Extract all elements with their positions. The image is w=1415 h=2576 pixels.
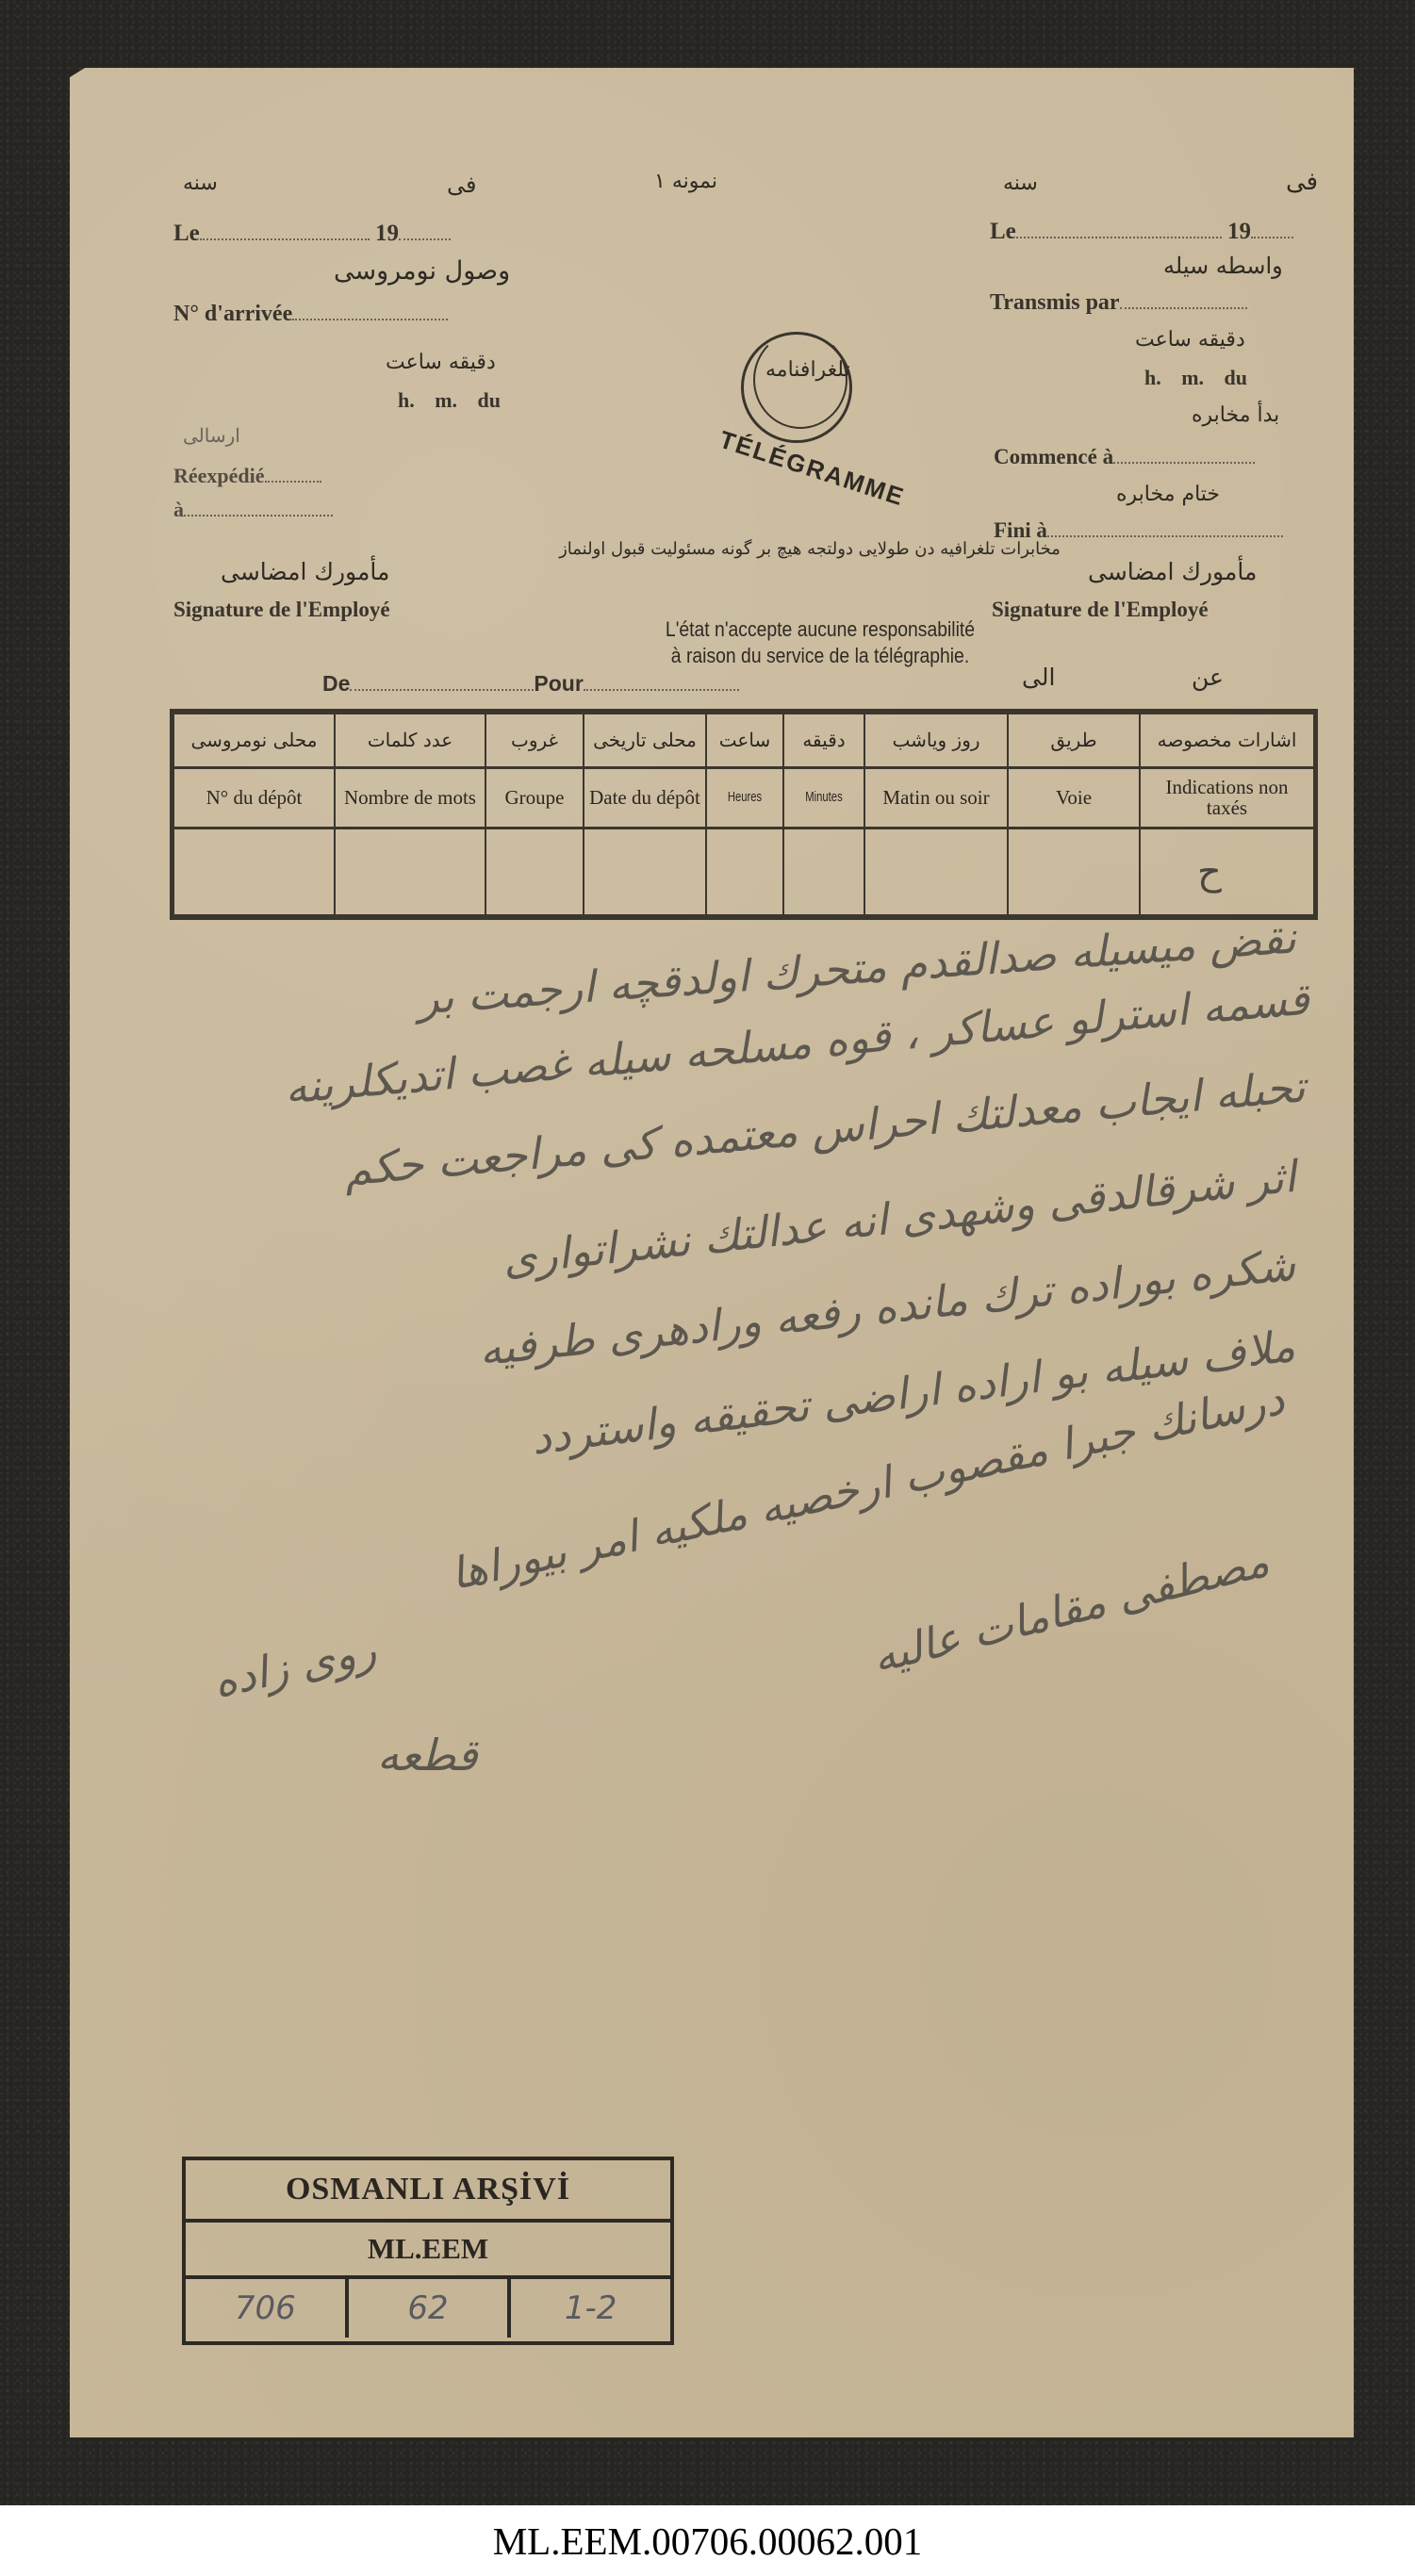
- a-row: à: [173, 498, 333, 522]
- arrival-no-field[interactable]: [292, 319, 448, 320]
- col-fr-5: Minutes: [794, 767, 855, 828]
- col-ar-7: طريق: [1008, 714, 1140, 767]
- col-ar-2: غروب: [485, 714, 584, 767]
- time-fr-right: h. m. du: [1144, 366, 1247, 390]
- cell-4[interactable]: [706, 828, 783, 914]
- disclaimer: L'état n'accepte aucune responsabilité à…: [613, 616, 1028, 669]
- disclaimer-line-2: à raison du service de la télégraphie.: [613, 643, 1028, 669]
- col-ar-1: عدد كلمات: [335, 714, 485, 767]
- cell-2[interactable]: [485, 828, 584, 914]
- year-field-right: [1251, 237, 1293, 238]
- archive-numbers: 706 62 1-2: [186, 2279, 670, 2338]
- from-label: De: [322, 671, 350, 696]
- archive-page: 1-2: [507, 2279, 670, 2338]
- date-field-right[interactable]: [1016, 237, 1222, 238]
- fini-row: Fini à: [994, 518, 1283, 543]
- col-fr-4: Heures: [716, 767, 774, 828]
- archive-title: OSMANLI ARŞİVİ: [186, 2160, 670, 2223]
- commence-field[interactable]: [1113, 462, 1255, 464]
- cell-3[interactable]: [584, 828, 706, 914]
- col-fr-3: Date du dépôt: [584, 767, 706, 828]
- from-field[interactable]: [350, 689, 534, 691]
- cell-5[interactable]: [783, 828, 864, 914]
- year-label-left: سنه: [183, 172, 218, 195]
- a-field[interactable]: [184, 515, 333, 517]
- cell-0[interactable]: [174, 828, 335, 914]
- reexpedie-field[interactable]: [265, 481, 321, 483]
- archive-stamp: OSMANLI ARŞİVİ ML.EEM 706 62 1-2: [182, 2157, 674, 2345]
- fini-ar: ختام مخابره: [1116, 483, 1220, 506]
- archive-box: 706: [186, 2279, 345, 2338]
- col-fr-7: Voie: [1008, 767, 1140, 828]
- crescent-icon: [741, 332, 852, 443]
- time-fr-left: h. m. du: [398, 388, 501, 413]
- date-label-right: Le: [990, 219, 1016, 244]
- fini-field[interactable]: [1047, 535, 1283, 537]
- disclaimer-line-1: L'état n'accepte aucune responsabilité: [613, 616, 1028, 643]
- transmis-label: Transmis par: [990, 290, 1120, 315]
- reexpedie-ar: ارسالى: [183, 424, 240, 447]
- table-header-fr: N° du dépôt Nombre de mots Groupe Date d…: [174, 767, 1313, 828]
- col-fr-8: Indications non taxés: [1140, 767, 1313, 828]
- col-fr-6: Matin ou soir: [864, 767, 1008, 828]
- col-fr-0: N° du dépôt: [174, 767, 335, 828]
- to-ar: الى: [1022, 664, 1055, 691]
- table-header-ar: محلى نومروسى عدد كلمات غروب محلى تاريخى …: [174, 714, 1313, 767]
- commence-ar: بدأ مخابره: [1192, 403, 1279, 427]
- col-fr-2: Groupe: [485, 767, 584, 828]
- arrival-no-row: N° d'arrivée: [173, 302, 448, 327]
- col-ar-3: محلى تاريخى: [584, 714, 706, 767]
- col-ar-0: محلى نومروسى: [174, 714, 335, 767]
- signature-label-left: Signature de l'Employé: [173, 598, 390, 622]
- cell-1[interactable]: [335, 828, 485, 914]
- col-ar-6: روز وياشب: [864, 714, 1008, 767]
- reexpedie-row: Réexpédié: [173, 464, 321, 488]
- table-row: ح: [174, 828, 1313, 914]
- day-label-right: فى: [1286, 168, 1318, 196]
- cell-7[interactable]: [1008, 828, 1140, 914]
- commence-row: Commencé à: [994, 445, 1255, 469]
- date-row-left: Le 19: [173, 221, 451, 247]
- deposit-table: محلى نومروسى عدد كلمات غروب محلى تاريخى …: [170, 709, 1318, 920]
- to-field[interactable]: [584, 689, 739, 691]
- tughra-text: تلغرافنامه: [765, 358, 850, 382]
- arrival-no-ar: وصول نومروسى: [334, 256, 510, 286]
- time-ar-right: دقيقه ساعت: [1135, 328, 1245, 352]
- signature-ar-left: مأمورك امضاسى: [221, 558, 389, 585]
- signature-ar-right: مأمورك امضاسى: [1088, 558, 1257, 585]
- telegramme-emblem: تلغرافنامه TÉLÉGRAMME: [720, 332, 928, 473]
- reexpedie-label: Réexpédié: [173, 464, 265, 487]
- to-label: Pour: [534, 671, 583, 696]
- date-label-left: Le: [173, 221, 200, 246]
- archive-fund: ML.EEM: [186, 2223, 670, 2279]
- from-ar: عن: [1192, 664, 1224, 691]
- transmis-row: Transmis par: [990, 290, 1247, 316]
- signature-label-right: Signature de l'Employé: [992, 598, 1209, 622]
- arrival-no-label: N° d'arrivée: [173, 302, 292, 326]
- route-row: DePour: [322, 671, 739, 697]
- document-id-caption: ML.EEM.00706.00062.001: [0, 2519, 1415, 2564]
- via-ar: واسطه سيله: [1163, 253, 1283, 279]
- transmis-field[interactable]: [1120, 307, 1247, 309]
- cell-8[interactable]: ح: [1140, 828, 1313, 914]
- date-row-right: Le 19: [990, 219, 1293, 245]
- col-fr-1: Nombre de mots: [335, 767, 485, 828]
- year-field-left: [399, 238, 451, 240]
- time-ar-left: دقيقه ساعت: [386, 351, 496, 374]
- commence-label: Commencé à: [994, 445, 1113, 468]
- col-ar-8: اشارات مخصوصه: [1140, 714, 1313, 767]
- century-right: 19: [1227, 219, 1251, 244]
- fini-label: Fini à: [994, 518, 1047, 542]
- archive-file: 62: [345, 2279, 508, 2338]
- col-ar-4: ساعت: [706, 714, 783, 767]
- form-number: نمونه ١: [654, 170, 717, 193]
- cell-6[interactable]: [864, 828, 1008, 914]
- year-label-right: سنه: [1003, 172, 1038, 195]
- a-label: à: [173, 498, 184, 521]
- handwritten-signature-place: قطعه: [377, 1730, 478, 1780]
- day-label-left: فى: [447, 172, 476, 198]
- century-left: 19: [375, 221, 399, 246]
- col-ar-5: دقيقه: [783, 714, 864, 767]
- date-field-left[interactable]: [200, 238, 370, 240]
